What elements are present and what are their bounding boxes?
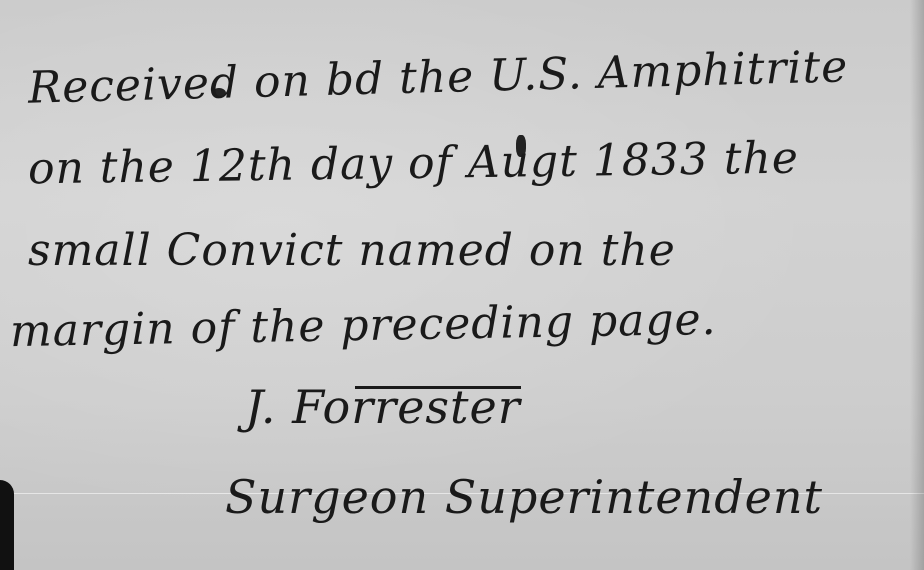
text-line-3: small Convict named on the: [28, 225, 676, 276]
signature-name: J. Forrester: [245, 380, 521, 434]
signature-title: Surgeon Superintendent: [225, 470, 823, 524]
manuscript-page: Received on bd the U.S. Amphitrite on th…: [0, 0, 924, 570]
text-line-4: margin of the preceding page.: [10, 294, 717, 357]
signature-flourish: [355, 386, 521, 389]
text-line-2: on the 12th day of Augt 1833 the: [28, 133, 799, 195]
binding-shadow: [0, 480, 14, 570]
